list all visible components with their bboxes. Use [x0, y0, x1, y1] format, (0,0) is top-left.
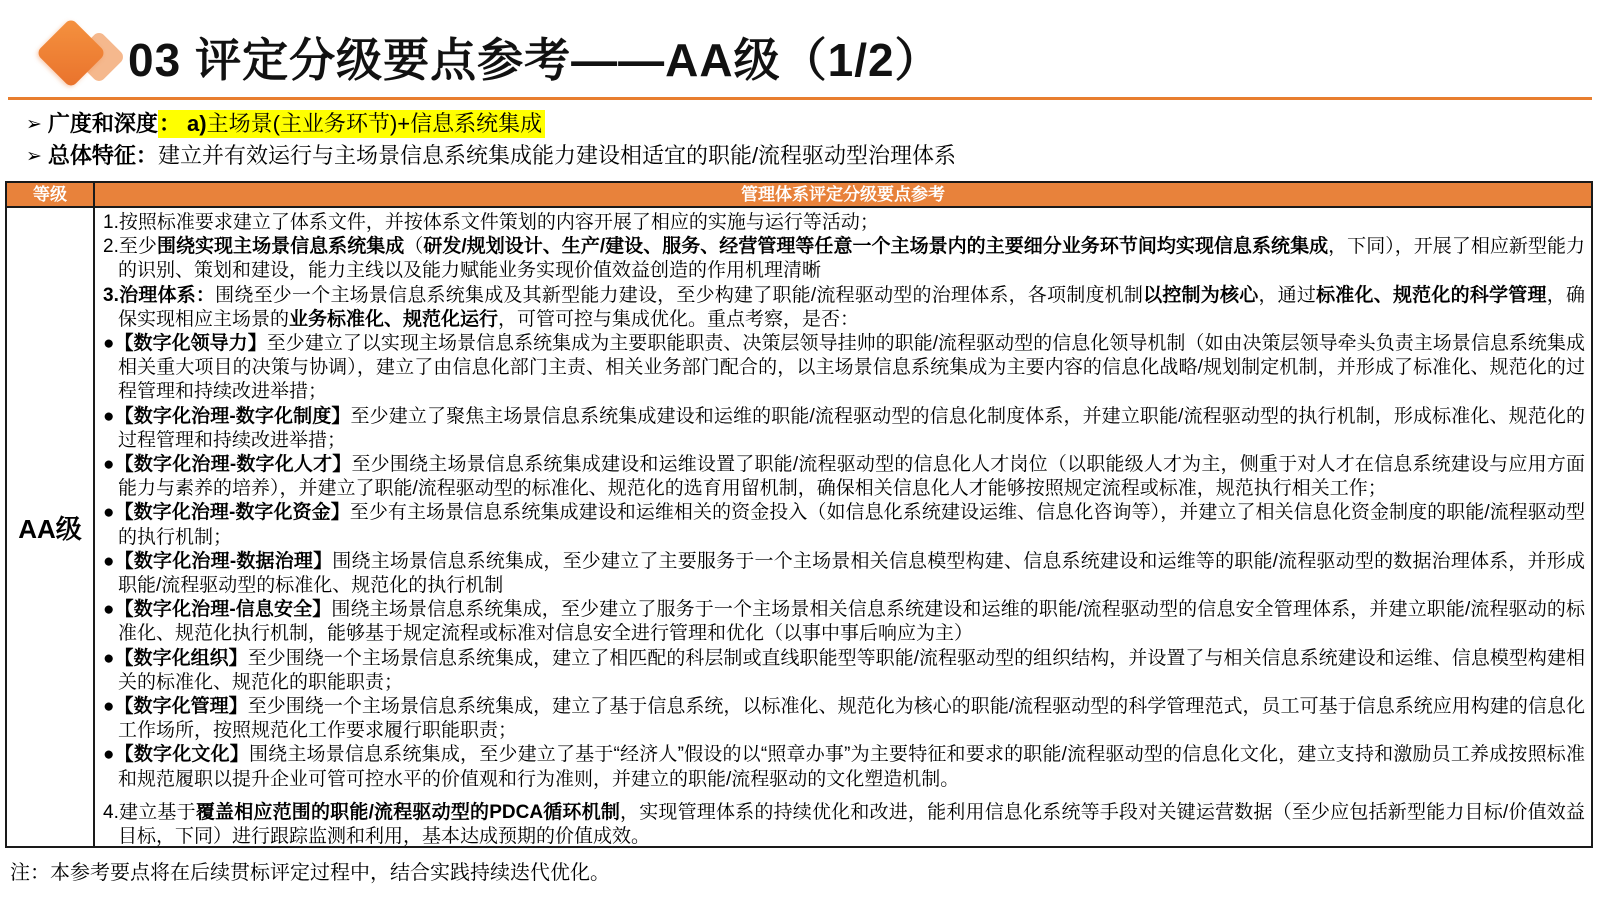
table-body-row: AA级 1.按照标准要求建立了体系文件，并按体系文件策划的内容开展了相应的实施与…	[7, 208, 1591, 846]
arrow-bullet-icon: ➢	[26, 114, 42, 135]
header-content-label: 管理体系评定分级要点参考	[95, 184, 1591, 205]
level-cell: AA级	[7, 208, 95, 846]
table-header-row: 等级 管理体系评定分级要点参考	[7, 183, 1591, 208]
breadth-highlight-text: 主场景(主业务环节)+信息系统集成	[207, 111, 543, 136]
title-diamond-icon	[38, 16, 126, 92]
page-title: 03评定分级要点参考——AA级（1/2）	[128, 24, 942, 90]
footnote: 注：本参考要点将在后续贯标评定过程中，结合实践持续迭代优化。	[10, 856, 610, 885]
breadth-highlight-lead: ： a)	[159, 111, 207, 136]
grading-point: ●【数字化治理-数字化人才】至少围绕主场景信息系统集成建设和运维设置了职能/流程…	[103, 453, 1585, 501]
header-level-label: 等级	[7, 184, 93, 205]
summary-point-overall: ➢总体特征：建立并有效运行与主场景信息系统集成能力建设相适宜的职能/流程驱动型治…	[26, 140, 1590, 172]
grading-point: ●【数字化领导力】至少建立了以实现主场景信息系统集成为主要职能职责、决策层领导挂…	[103, 332, 1585, 405]
grading-point: ●【数字化管理】至少围绕一个主场景信息系统集成，建立了基于信息系统，以标准化、规…	[103, 695, 1585, 743]
header-cell-level: 等级	[7, 183, 95, 206]
grading-point: ●【数字化治理-信息安全】围绕主场景信息系统集成，至少建立了服务于一个主场景相关…	[103, 598, 1585, 646]
arrow-bullet-icon: ➢	[26, 146, 42, 167]
grading-table: 等级 管理体系评定分级要点参考 AA级 1.按照标准要求建立了体系文件，并按体系…	[5, 181, 1593, 848]
level-value: AA级	[18, 509, 82, 546]
page-title-text: 评定分级要点参考——AA级（1/2）	[195, 34, 941, 86]
overall-label: 总体特征：	[48, 143, 158, 168]
grading-point: 4.建立基于覆盖相应范围的职能/流程驱动型的PDCA循环机制，实现管理体系的持续…	[103, 801, 1585, 846]
content-cell: 1.按照标准要求建立了体系文件，并按体系文件策划的内容开展了相应的实施与运行等活…	[95, 208, 1591, 846]
header-cell-content: 管理体系评定分级要点参考	[95, 183, 1591, 206]
grading-point: 1.按照标准要求建立了体系文件，并按体系文件策划的内容开展了相应的实施与运行等活…	[103, 211, 1585, 235]
summary-point-breadth: ➢广度和深度： a)主场景(主业务环节)+信息系统集成	[26, 108, 1590, 140]
grading-point: ●【数字化治理-数字化制度】至少建立了聚焦主场景信息系统集成建设和运维的职能/流…	[103, 405, 1585, 453]
overall-text: 建立并有效运行与主场景信息系统集成能力建设相适宜的职能/流程驱动型治理体系	[158, 143, 956, 168]
section-number: 03	[128, 34, 181, 86]
grading-point: ●【数字化治理-数字化资金】至少有主场景信息系统集成建设和运维相关的资金投入（如…	[103, 501, 1585, 549]
summary-section: ➢广度和深度： a)主场景(主业务环节)+信息系统集成 ➢总体特征：建立并有效运…	[26, 108, 1590, 172]
title-divider	[8, 97, 1592, 100]
breadth-label: 广度和深度	[48, 111, 158, 136]
grading-point: 3.治理体系：围绕至少一个主场景信息系统集成及其新型能力建设，至少构建了职能/流…	[103, 284, 1585, 332]
grading-point: ●【数字化治理-数据治理】围绕主场景信息系统集成，至少建立了主要服务于一个主场景…	[103, 550, 1585, 598]
grading-point: 2.至少围绕实现主场景信息系统集成（研发/规划设计、生产/建设、服务、经营管理等…	[103, 235, 1585, 283]
grading-point: ●【数字化组织】至少围绕一个主场景信息系统集成，建立了相匹配的科层制或直线职能型…	[103, 647, 1585, 695]
breadth-highlight: ： a)主场景(主业务环节)+信息系统集成	[158, 110, 545, 138]
grading-point: ●【数字化文化】围绕主场景信息系统集成，至少建立了基于“经济人”假设的以“照章办…	[103, 743, 1585, 791]
